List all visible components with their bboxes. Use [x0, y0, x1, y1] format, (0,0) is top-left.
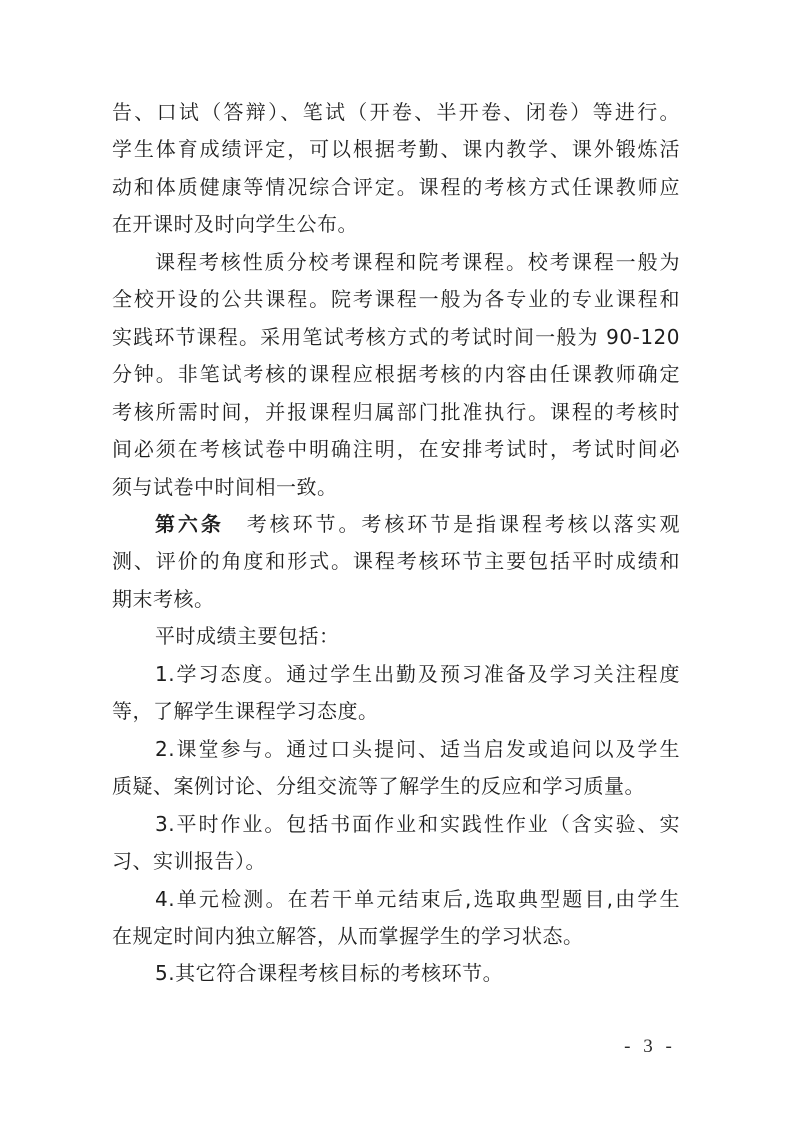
text-line: 分钟。非笔试考核的课程应根据考核的内容由任课教师确定 — [112, 356, 680, 393]
text-line: 课程考核性质分校考课程和院考课程。校考课程一般为 — [112, 244, 680, 281]
text-segment: 实践环节课程。采用笔试考核方式的考试时间一般为 90-120 — [112, 325, 680, 349]
text-line: 全校开设的公共课程。院考课程一般为各专业的专业课程和 — [112, 281, 680, 318]
text-line: 2.课堂参与。通过口头提问、适当启发或追问以及学生 — [112, 731, 680, 768]
text-segment: 告、口试（答辩）、笔试（开卷、半开卷、闭卷）等进行。 — [112, 100, 680, 124]
text-segment: 测、评价的角度和形式。课程考核环节主要包括平时成绩和 — [112, 549, 680, 573]
text-line: 测、评价的角度和形式。课程考核环节主要包括平时成绩和 — [112, 543, 680, 580]
text-segment: 课程考核性质分校考课程和院考课程。校考课程一般为 — [155, 250, 680, 274]
document-page: 告、口试（答辩）、笔试（开卷、半开卷、闭卷）等进行。学生体育成绩评定，可以根据考… — [0, 0, 793, 1122]
text-segment: 等，了解学生课程学习态度。 — [112, 699, 379, 723]
document-body: 告、口试（答辩）、笔试（开卷、半开卷、闭卷）等进行。学生体育成绩评定，可以根据考… — [112, 94, 680, 993]
paragraph: 3.平时作业。包括书面作业和实践性作业（含实验、实习、实训报告）。 — [112, 806, 680, 881]
text-line: 告、口试（答辩）、笔试（开卷、半开卷、闭卷）等进行。 — [112, 94, 680, 131]
text-line: 3.平时作业。包括书面作业和实践性作业（含实验、实 — [112, 806, 680, 843]
text-line: 学生体育成绩评定，可以根据考勤、课内教学、课外锻炼活 — [112, 131, 680, 168]
text-segment: 分钟。非笔试考核的课程应根据考核的内容由任课教师确定 — [112, 362, 680, 386]
text-segment: 动和体质健康等情况综合评定。课程的考核方式任课教师应 — [112, 175, 680, 199]
paragraph: 告、口试（答辩）、笔试（开卷、半开卷、闭卷）等进行。学生体育成绩评定，可以根据考… — [112, 94, 680, 244]
text-segment: 习、实训报告）。 — [112, 849, 266, 873]
text-segment: 期末考核。 — [112, 587, 215, 611]
text-line: 动和体质健康等情况综合评定。课程的考核方式任课教师应 — [112, 169, 680, 206]
text-segment: 3.平时作业。包括书面作业和实践性作业（含实验、实 — [155, 812, 680, 836]
text-segment: 考核所需时间，并报课程归属部门批准执行。课程的考核时 — [112, 400, 680, 424]
text-line: 在开课时及时向学生公布。 — [112, 206, 680, 243]
text-segment: 间必须在考核试卷中明确注明，在安排考试时，考试时间必 — [112, 437, 680, 461]
text-segment: 须与试卷中时间相一致。 — [112, 475, 338, 499]
text-segment: 2.课堂参与。通过口头提问、适当启发或追问以及学生 — [155, 737, 680, 761]
text-line: 平时成绩主要包括： — [112, 618, 680, 655]
text-line: 实践环节课程。采用笔试考核方式的考试时间一般为 90-120 — [112, 319, 680, 356]
text-line: 4.单元检测。在若干单元结束后,选取典型题目,由学生 — [112, 881, 680, 918]
paragraph: 课程考核性质分校考课程和院考课程。校考课程一般为全校开设的公共课程。院考课程一般… — [112, 244, 680, 506]
text-segment: 学生体育成绩评定，可以根据考勤、课内教学、课外锻炼活 — [112, 137, 680, 161]
text-segment: 在开课时及时向学生公布。 — [112, 212, 358, 236]
text-line: 考核所需时间，并报课程归属部门批准执行。课程的考核时 — [112, 394, 680, 431]
page-number: - 3 - — [612, 1036, 688, 1058]
paragraph: 2.课堂参与。通过口头提问、适当启发或追问以及学生质疑、案例讨论、分组交流等了解… — [112, 731, 680, 806]
paragraph: 平时成绩主要包括： — [112, 618, 680, 655]
text-segment: 全校开设的公共课程。院考课程一般为各专业的专业课程和 — [112, 287, 680, 311]
text-segment: 平时成绩主要包括： — [155, 624, 340, 648]
paragraph: 第六条 考核环节。考核环节是指课程考核以落实观测、评价的角度和形式。课程考核环节… — [112, 506, 680, 618]
text-line: 1.学习态度。通过学生出勤及预习准备及学习关注程度 — [112, 656, 680, 693]
text-line: 期末考核。 — [112, 581, 680, 618]
text-line: 习、实训报告）。 — [112, 843, 680, 880]
text-line: 第六条 考核环节。考核环节是指课程考核以落实观 — [112, 506, 680, 543]
text-line: 须与试卷中时间相一致。 — [112, 469, 680, 506]
text-line: 5.其它符合课程考核目标的考核环节。 — [112, 955, 680, 992]
text-segment: 在规定时间内独立解答，从而掌握学生的学习状态。 — [112, 924, 584, 948]
section-heading: 第六条 — [155, 512, 224, 536]
text-segment: 4.单元检测。在若干单元结束后,选取典型题目,由学生 — [155, 887, 680, 911]
text-line: 质疑、案例讨论、分组交流等了解学生的反应和学习质量。 — [112, 768, 680, 805]
text-segment: 1.学习态度。通过学生出勤及预习准备及学习关注程度 — [155, 662, 680, 686]
paragraph: 4.单元检测。在若干单元结束后,选取典型题目,由学生在规定时间内独立解答，从而掌… — [112, 881, 680, 956]
text-line: 在规定时间内独立解答，从而掌握学生的学习状态。 — [112, 918, 680, 955]
paragraph: 1.学习态度。通过学生出勤及预习准备及学习关注程度等，了解学生课程学习态度。 — [112, 656, 680, 731]
text-segment: 5.其它符合课程考核目标的考核环节。 — [155, 961, 503, 985]
text-line: 间必须在考核试卷中明确注明，在安排考试时，考试时间必 — [112, 431, 680, 468]
text-segment: 质疑、案例讨论、分组交流等了解学生的反应和学习质量。 — [112, 774, 645, 798]
text-segment: 考核环节。考核环节是指课程考核以落实观 — [224, 512, 680, 536]
paragraph: 5.其它符合课程考核目标的考核环节。 — [112, 955, 680, 992]
text-line: 等，了解学生课程学习态度。 — [112, 693, 680, 730]
